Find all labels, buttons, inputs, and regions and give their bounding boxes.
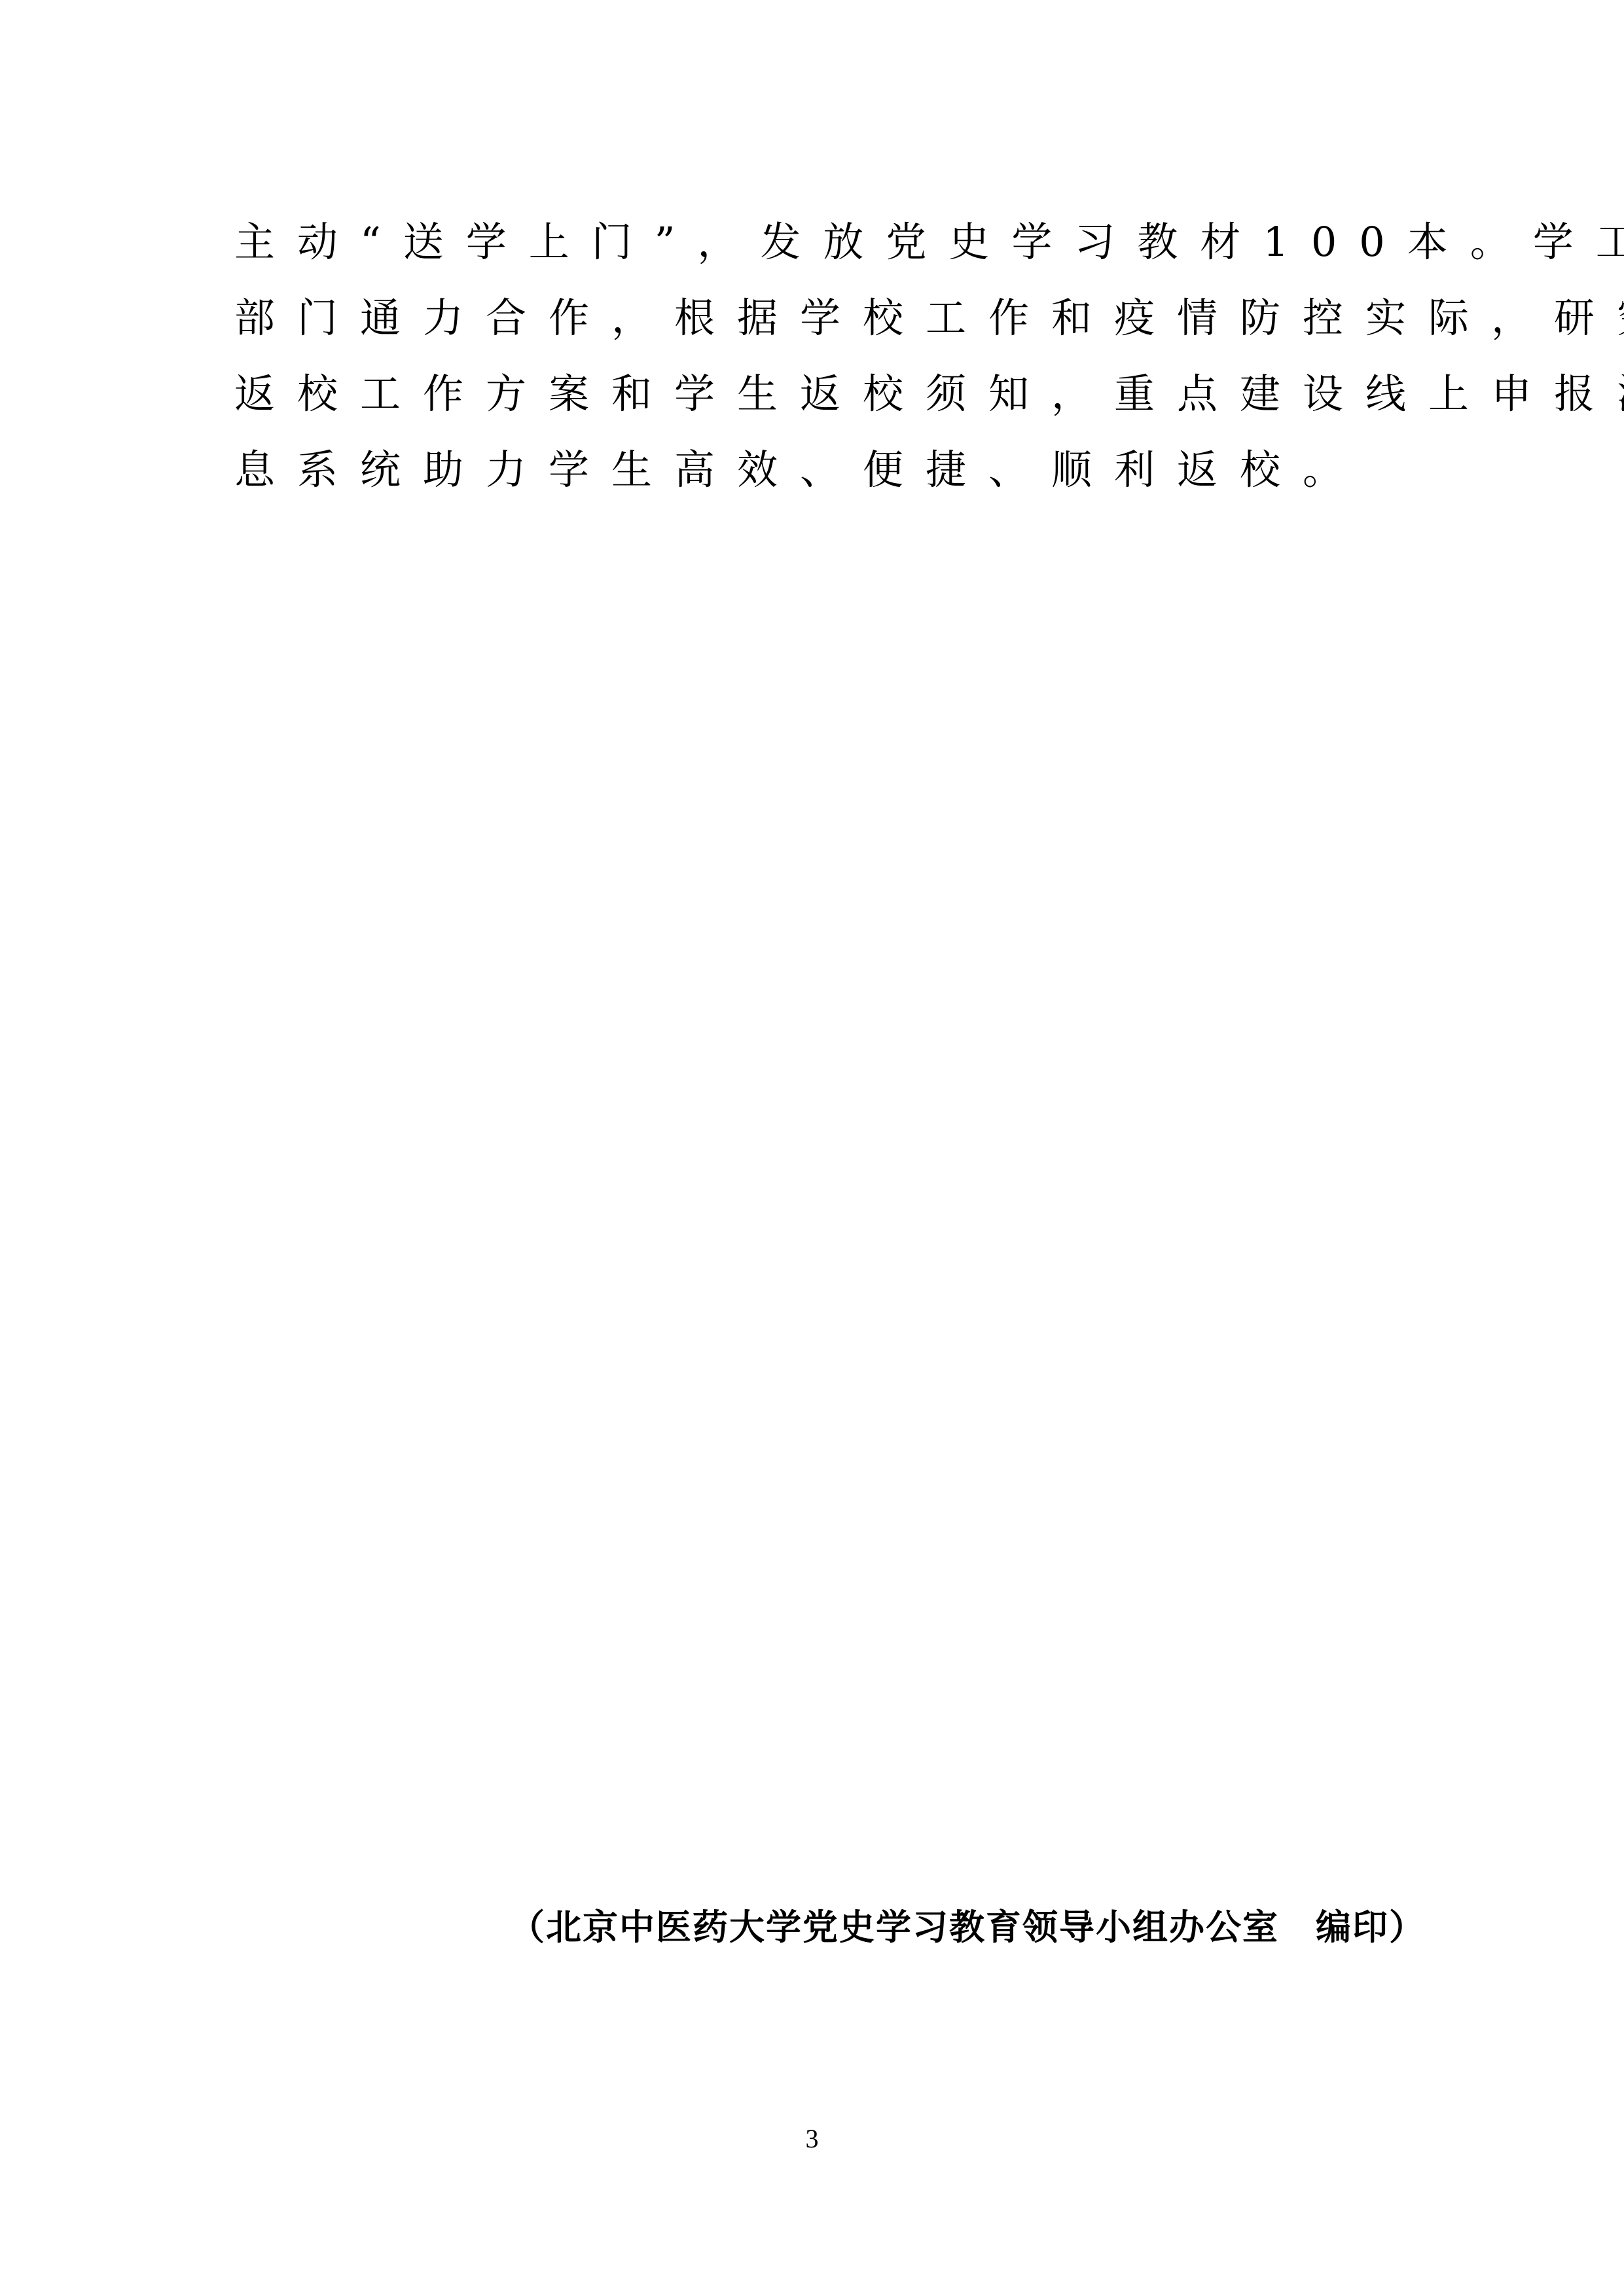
body-paragraph: 主动“送学上门”，发放党史学习教材100本。学工部等相关 部门通力合作，根据学校… bbox=[234, 204, 1393, 508]
footer-credit: （北京中医药大学党史学习教育领导小组办公室 编印） bbox=[509, 1901, 1426, 1954]
body-line-2: 部门通力合作，根据学校工作和疫情防控实际，研究优化学生 bbox=[234, 280, 1393, 356]
body-line-1: 主动“送学上门”，发放党史学习教材100本。学工部等相关 bbox=[234, 204, 1393, 280]
document-page: 主动“送学上门”，发放党史学习教材100本。学工部等相关 部门通力合作，根据学校… bbox=[0, 0, 1624, 2296]
page-number: 3 bbox=[0, 2121, 1624, 2157]
body-line-4: 息系统助力学生高效、便捷、顺利返校。 bbox=[234, 432, 1393, 508]
body-line-3: 返校工作方案和学生返校须知，重点建设线上申报流程，以信 bbox=[234, 356, 1393, 432]
